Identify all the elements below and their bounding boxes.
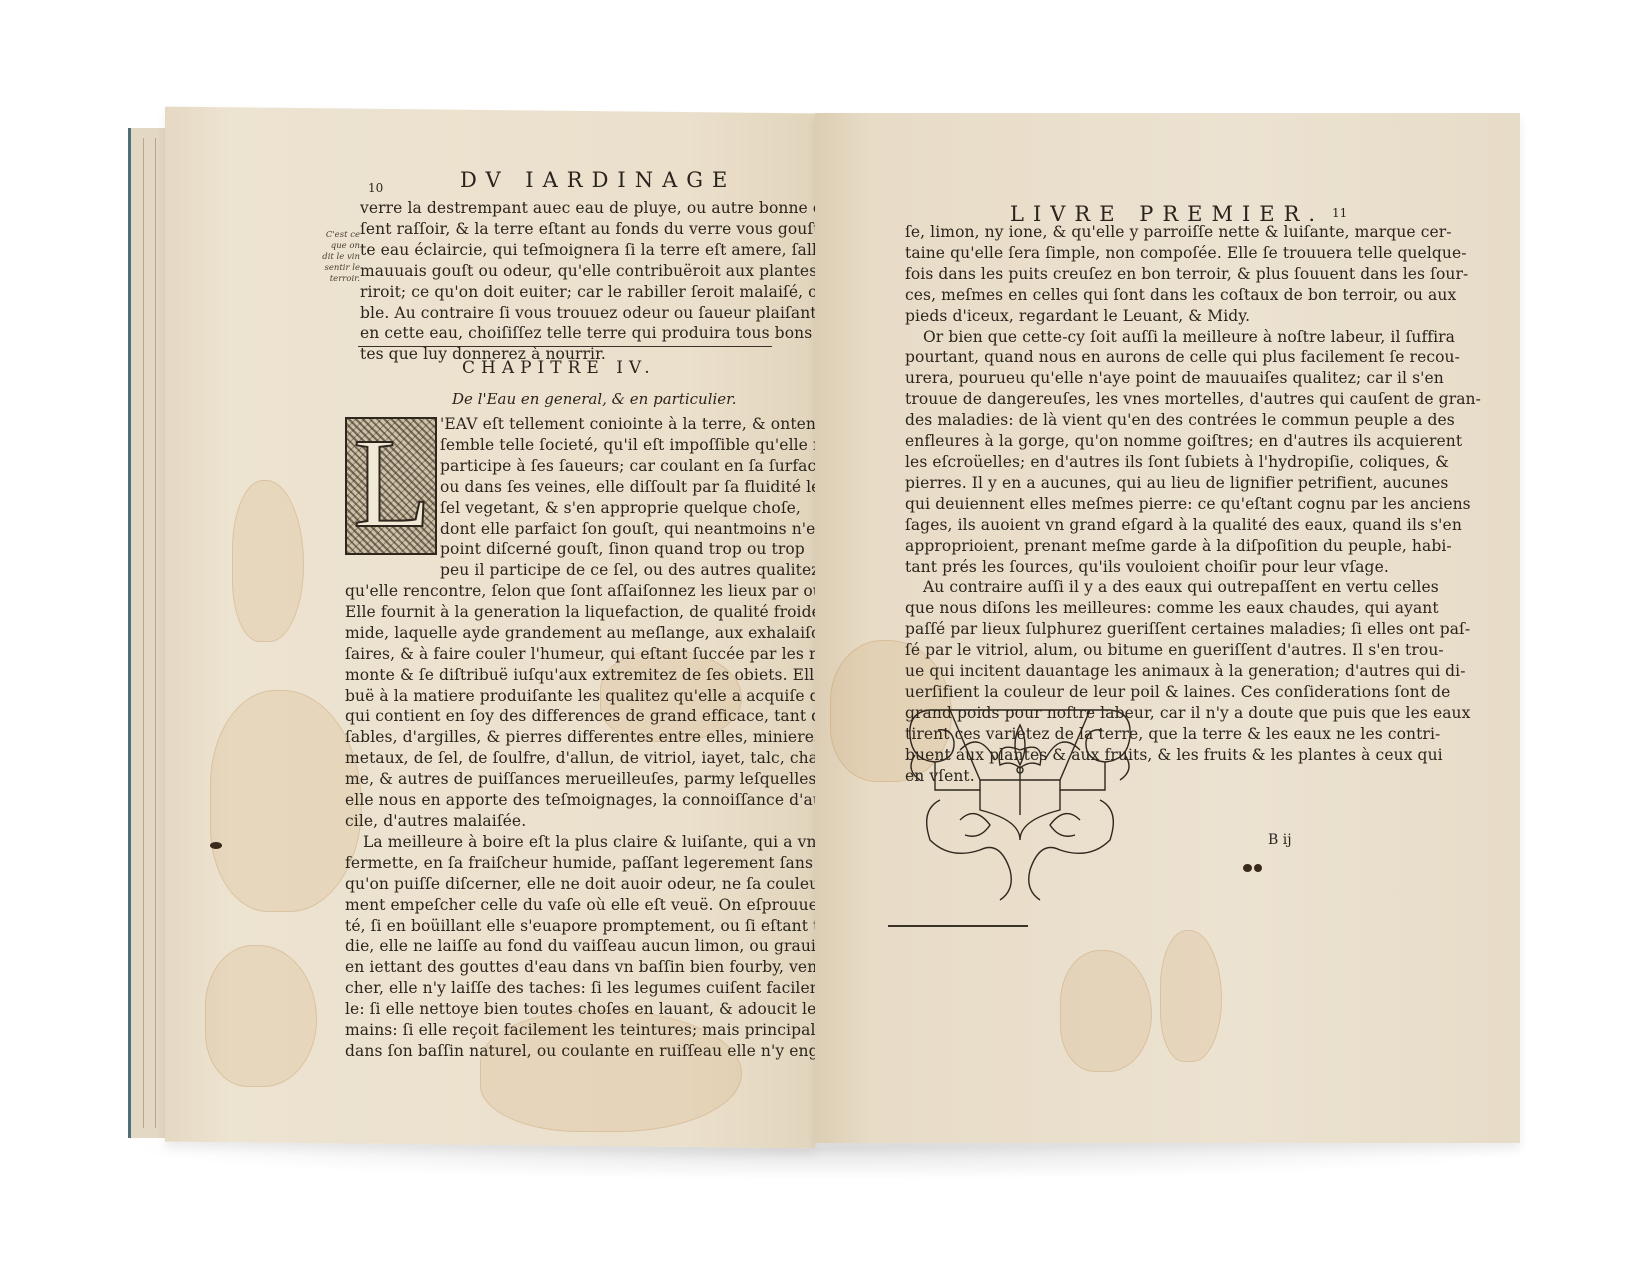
binding-hole xyxy=(1254,864,1262,872)
section-rule xyxy=(358,346,772,347)
binding-hole xyxy=(210,842,222,849)
left-running-head: DV IARDINAGE xyxy=(460,168,736,192)
left-page-number: 10 xyxy=(368,181,383,195)
left-top-paragraph: verre la destrempant auec eau de pluye, … xyxy=(360,198,772,365)
signature-mark: B ij xyxy=(1268,832,1292,848)
left-body-text: qu'elle rencontre, ſelon que ſont aſſaiſ… xyxy=(345,581,775,1062)
chapter-subtitle: De l'Eau en general, & en particulier. xyxy=(452,390,736,408)
chapter-title: CHAPITRE IV. xyxy=(462,358,656,378)
fleur-de-lis-ornament-icon xyxy=(900,690,1140,910)
water-stain xyxy=(1160,930,1222,1062)
water-stain xyxy=(205,945,317,1087)
right-page-number: 11 xyxy=(1332,206,1347,220)
decorated-drop-cap: L xyxy=(345,417,437,555)
binding-hole xyxy=(1243,864,1252,872)
bottom-rule xyxy=(888,925,1028,927)
drop-cap-paragraph: 'EAV eſt tellement coniointe à la terre,… xyxy=(440,414,774,581)
water-stain xyxy=(1060,950,1152,1072)
margin-note: C'est ce que on dit le vin sentir le ter… xyxy=(285,230,360,285)
